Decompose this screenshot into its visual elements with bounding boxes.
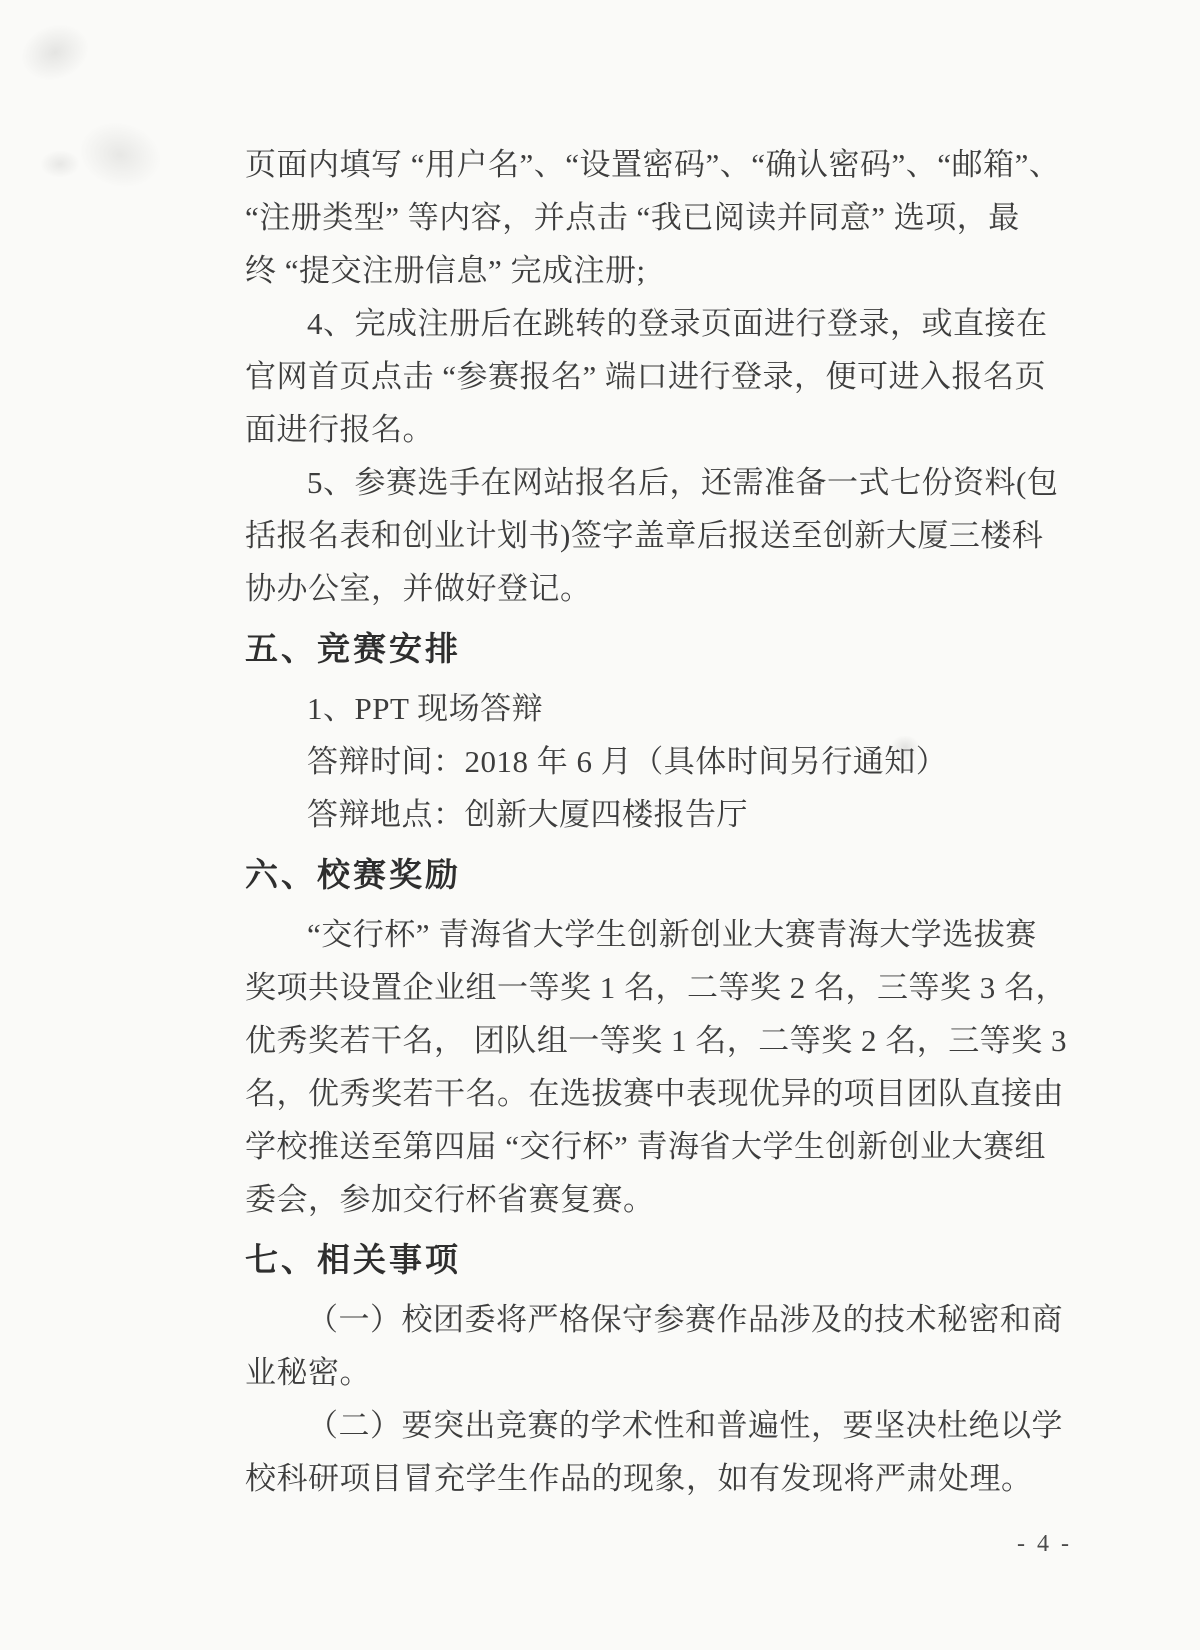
section-heading: 六、校赛奖励: [245, 848, 1035, 901]
section-heading: 五、竞赛安排: [245, 622, 1035, 675]
text-line: 委会，参加交行杯省赛复赛。: [245, 1173, 1035, 1226]
text-line: 学校推送至第四届 “交行杯” 青海省大学生创新创业大赛组: [245, 1120, 1035, 1173]
text-line: 答辩地点：创新大厦四楼报告厅: [245, 788, 1035, 841]
text-line: 名，优秀奖若干名。在选拔赛中表现优异的项目团队直接由: [245, 1067, 1035, 1120]
text-line: 答辩时间：2018 年 6 月（具体时间另行通知）: [245, 735, 1035, 788]
text-line: 校科研项目冒充学生作品的现象，如有发现将严肃处理。: [245, 1452, 1035, 1505]
text-line: “注册类型” 等内容，并点击 “我已阅读并同意” 选项，最: [245, 191, 1035, 244]
text-line: （二）要突出竞赛的学术性和普遍性，要坚决杜绝以学: [245, 1399, 1035, 1452]
text-line: 优秀奖若干名， 团队组一等奖 1 名，二等奖 2 名，三等奖 3: [245, 1014, 1035, 1067]
scan-smudge: [40, 150, 80, 178]
text-line: 5、参赛选手在网站报名后，还需准备一式七份资料(包: [245, 456, 1035, 509]
page-number: - 4 -: [1017, 1531, 1072, 1558]
text-line: 奖项共设置企业组一等奖 1 名，二等奖 2 名，三等奖 3 名，: [245, 961, 1035, 1014]
text-line: 协办公室，并做好登记。: [245, 562, 1035, 615]
text-line: 4、完成注册后在跳转的登录页面进行登录，或直接在: [245, 297, 1035, 350]
text-line: 面进行报名。: [245, 403, 1035, 456]
text-line: （一）校团委将严格保守参赛作品涉及的技术秘密和商: [245, 1293, 1035, 1346]
text-line: 页面内填写 “用户名”、“设置密码”、“确认密码”、“邮箱”、: [245, 138, 1035, 191]
text-line: 1、PPT 现场答辩: [245, 682, 1035, 735]
scan-smudge: [67, 110, 172, 201]
text-line: 终 “提交注册信息” 完成注册;: [245, 244, 1035, 297]
document-page: 页面内填写 “用户名”、“设置密码”、“确认密码”、“邮箱”、 “注册类型” 等…: [0, 0, 1200, 1650]
text-line: “交行杯” 青海省大学生创新创业大赛青海大学选拔赛: [245, 908, 1035, 961]
text-line: 业秘密。: [245, 1346, 1035, 1399]
scan-smudge: [13, 15, 98, 91]
section-heading: 七、相关事项: [245, 1233, 1035, 1286]
document-body: 页面内填写 “用户名”、“设置密码”、“确认密码”、“邮箱”、 “注册类型” 等…: [245, 138, 1035, 1505]
text-line: 官网首页点击 “参赛报名” 端口进行登录，便可进入报名页: [245, 350, 1035, 403]
text-line: 括报名表和创业计划书)签字盖章后报送至创新大厦三楼科: [245, 509, 1035, 562]
